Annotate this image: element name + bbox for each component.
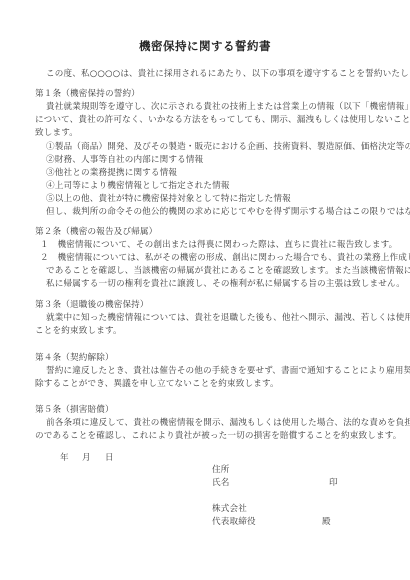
article-2-line: １ 機密情報について、その創出または得喪に関わった際は、直ちに貴社に報告致します… [40, 239, 397, 252]
article-2-line: であることを確認し、当該機密の帰属が貴社にあることを確認致します。また当該機密情… [46, 265, 410, 278]
seal-mark: 印 [329, 477, 338, 490]
article-1-item: ②財務、人事等自社の内部に関する情報 [46, 154, 203, 167]
article-1-item: ④上司等により機密情報として指定された情報 [46, 180, 230, 193]
article-2-line: 私に帰属する一切の権利を貴社に譲渡し、その権利が私に帰属する旨の主張は致しません… [46, 278, 405, 291]
article-3-line: 就業中に知った機密情報については、貴社を退職した後も、他社へ開示、漏洩、若しくは… [46, 312, 410, 325]
document-page: 機密保持に関する誓約書 この度、私○○○○は、貴社に採用されるにあたり、以下の事… [0, 0, 410, 580]
document-title: 機密保持に関する誓約書 [0, 38, 410, 54]
article-2-line: ２ 機密情報については、私がその機密の形成、創出に関わった場合でも、貴社の業務上… [40, 252, 410, 265]
article-5-line: 前各条項に違反して、貴社の機密情報を開示、漏洩もしくは使用した場合、法的な責めを… [46, 417, 410, 430]
date-month-label: 月 [82, 452, 91, 465]
article-1-proviso: 但し、裁判所の命令その他公的機関の求めに応じてやむを得ず開示する場合はこの限りで… [46, 206, 410, 219]
article-3-line: ことを約束致します。 [35, 325, 122, 338]
article-1-line: 貴社就業規則等を遵守し、次に示される貴社の技術上または営業上の情報（以下「機密情… [46, 101, 410, 114]
company-label: 株式会社 [212, 503, 247, 516]
article-4-line: 誓約に違反したとき、貴社は催告その他の手続きを要せず、書面で通知することにより雇… [46, 365, 410, 378]
intro-text: この度、私○○○○は、貴社に採用されるにあたり、以下の事項を遵守することを誓約い… [46, 68, 410, 81]
honorific-mark: 殿 [322, 516, 331, 529]
article-5-heading: 第５条（損害賠償） [35, 404, 114, 417]
article-1-line: について、貴社の許可なく、いかなる方法をもってしても、開示、漏洩もしくは使用しな… [35, 114, 410, 127]
article-4-heading: 第４条（契約解除） [35, 352, 114, 365]
article-1-item: ①製品（商品）開発、及びその製造・販売における企画、技術資料、製造原価、価格決定… [46, 141, 410, 154]
article-4-line: 除することができ、異議を申し立てないことを約束致します。 [35, 378, 279, 391]
representative-label: 代表取締役 [212, 516, 256, 529]
article-2-heading: 第２条（機密の報告及び帰属） [35, 226, 157, 239]
date-day-label: 日 [105, 452, 114, 465]
date-year-label: 年 [60, 452, 69, 465]
article-1-item: ⑤以上の他、貴社が特に機密保持対象として特に指定した情報 [46, 193, 291, 206]
article-1-item: ③他社との業務提携に関する情報 [46, 167, 177, 180]
article-1-line: 致します。 [35, 127, 78, 140]
article-3-heading: 第３条（退職後の機密保持） [35, 299, 149, 312]
article-1-heading: 第１条（機密保持の誓約） [35, 88, 140, 101]
address-label: 住所 [212, 464, 230, 477]
article-5-line: のであることを確認し、これにより貴社が被った一切の損害を賠償することを約束致しま… [35, 430, 402, 443]
name-label: 氏名 [212, 477, 230, 490]
